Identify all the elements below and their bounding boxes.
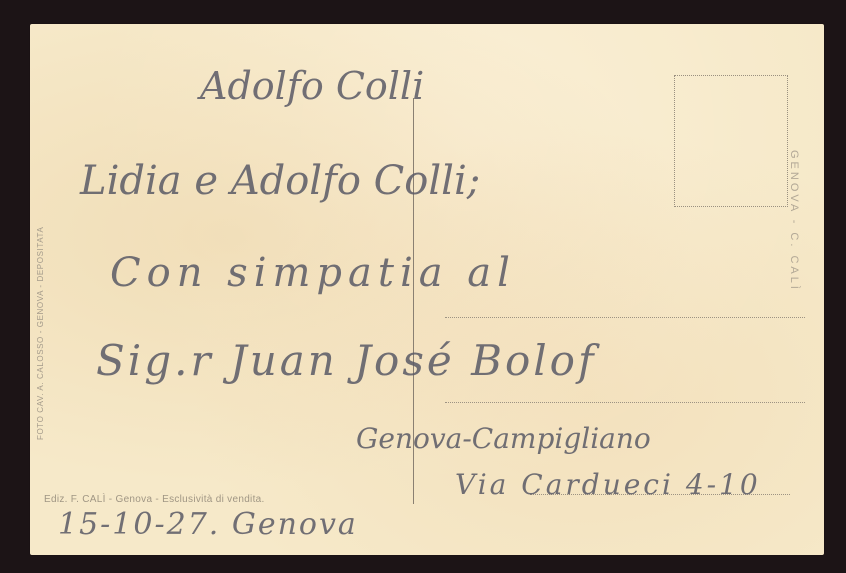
message-line-1: Lidia e Adolfo Colli; [80,158,480,204]
address-city: Genova-Campigliano [356,422,651,455]
message-line-3: Sig.r Juan José Bolof [96,336,597,385]
signature-top: Adolfo Colli [200,64,424,108]
stamp-box [674,75,788,207]
photo-credit-caption: FOTO CAV. A. CALOSSO - GENOVA - DEPOSITA… [36,227,45,440]
address-line-1 [445,317,805,318]
message-line-2: Con simpatia al [110,250,516,296]
address-street: Via Cardueci 4-10 [455,468,761,501]
printer-caption: GENOVA - C. CALÌ [788,150,800,292]
date-place: 15-10-27. Genova [58,507,358,542]
address-line-2 [445,402,805,403]
publisher-line: Ediz. F. CALÌ - Genova - Esclusività di … [44,494,265,505]
